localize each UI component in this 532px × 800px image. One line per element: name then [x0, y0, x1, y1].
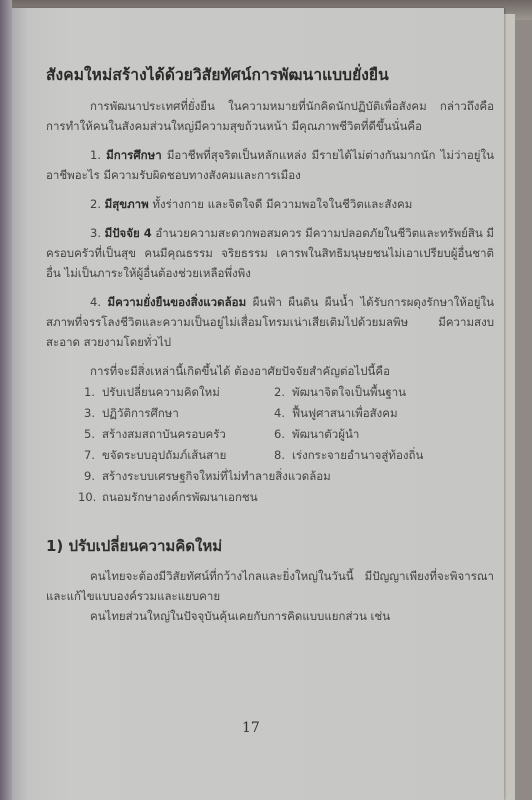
factor-item: 6.พัฒนาตัวผู้นำ: [274, 425, 474, 443]
factor-item: 5.สร้างสมสถาบันครอบครัว: [84, 425, 274, 443]
page-content: สังคมใหม่สร้างได้ด้วยวิสัยทัศน์การพัฒนาแ…: [46, 62, 494, 626]
point-1-heading: มีการศึกษา: [106, 148, 161, 162]
intro-paragraph: การพัฒนาประเทศที่ยั่งยืน ในความหมายที่นั…: [46, 96, 494, 136]
point-3: 3. มีปัจจัย 4 อำนวยความสะดวกพอสมควร มีคว…: [46, 223, 494, 283]
factor-item: 9.สร้างระบบเศรษฐกิจใหม่ที่ไม่ทำลายสิ่งแว…: [84, 467, 474, 485]
point-4: 4. มีความยั่งยืนของสิ่งแวดล้อม ผืนฟ้า ผื…: [46, 292, 494, 352]
factor-item: 4.ฟื้นฟูศาสนาเพื่อสังคม: [274, 404, 474, 422]
factors-intro: การที่จะมีสิ่งเหล่านี้เกิดขึ้นได้ ต้องอา…: [46, 361, 494, 381]
section-paragraph: คนไทยส่วนใหญ่ในปัจจุบันคุ้นเคยกับการคิดแ…: [46, 606, 494, 626]
section-heading: 1) ปรับเปลี่ยนความคิดใหม่: [46, 534, 494, 558]
point-2-heading: มีสุขภาพ: [105, 197, 149, 211]
factor-item: 2.พัฒนาจิตใจเป็นพื้นฐาน: [274, 383, 474, 401]
section-paragraph: คนไทยจะต้องมีวิสัยทัศน์ที่กว้างไกลและยิ่…: [46, 566, 494, 606]
point-4-heading: มีความยั่งยืนของสิ่งแวดล้อม: [108, 295, 247, 309]
page-number: 17: [242, 720, 260, 736]
binding-shadow: [0, 0, 12, 800]
factor-item: 10.ถนอมรักษาองค์กรพัฒนาเอกชน: [78, 488, 474, 506]
page-title: สังคมใหม่สร้างได้ด้วยวิสัยทัศน์การพัฒนาแ…: [46, 62, 494, 87]
factor-item: 7.ขจัดระบบอุปถัมภ์เส้นสาย: [84, 446, 274, 464]
point-1: 1. มีการศึกษา มีอาชีพที่สุจริตเป็นหลักแห…: [46, 145, 494, 185]
factor-item: 8.เร่งกระจายอำนาจสู่ท้องถิ่น: [274, 446, 474, 464]
factor-item: 3.ปฏิวัติการศึกษา: [84, 404, 274, 422]
point-3-heading: มีปัจจัย 4: [105, 226, 152, 240]
factors-list: 1.ปรับเปลี่ยนความคิดใหม่ 2.พัฒนาจิตใจเป็…: [84, 383, 494, 506]
factor-item: 1.ปรับเปลี่ยนความคิดใหม่: [84, 383, 274, 401]
point-2: 2. มีสุขภาพ ทั้งร่างกาย และจิตใจดี มีควา…: [46, 194, 494, 214]
